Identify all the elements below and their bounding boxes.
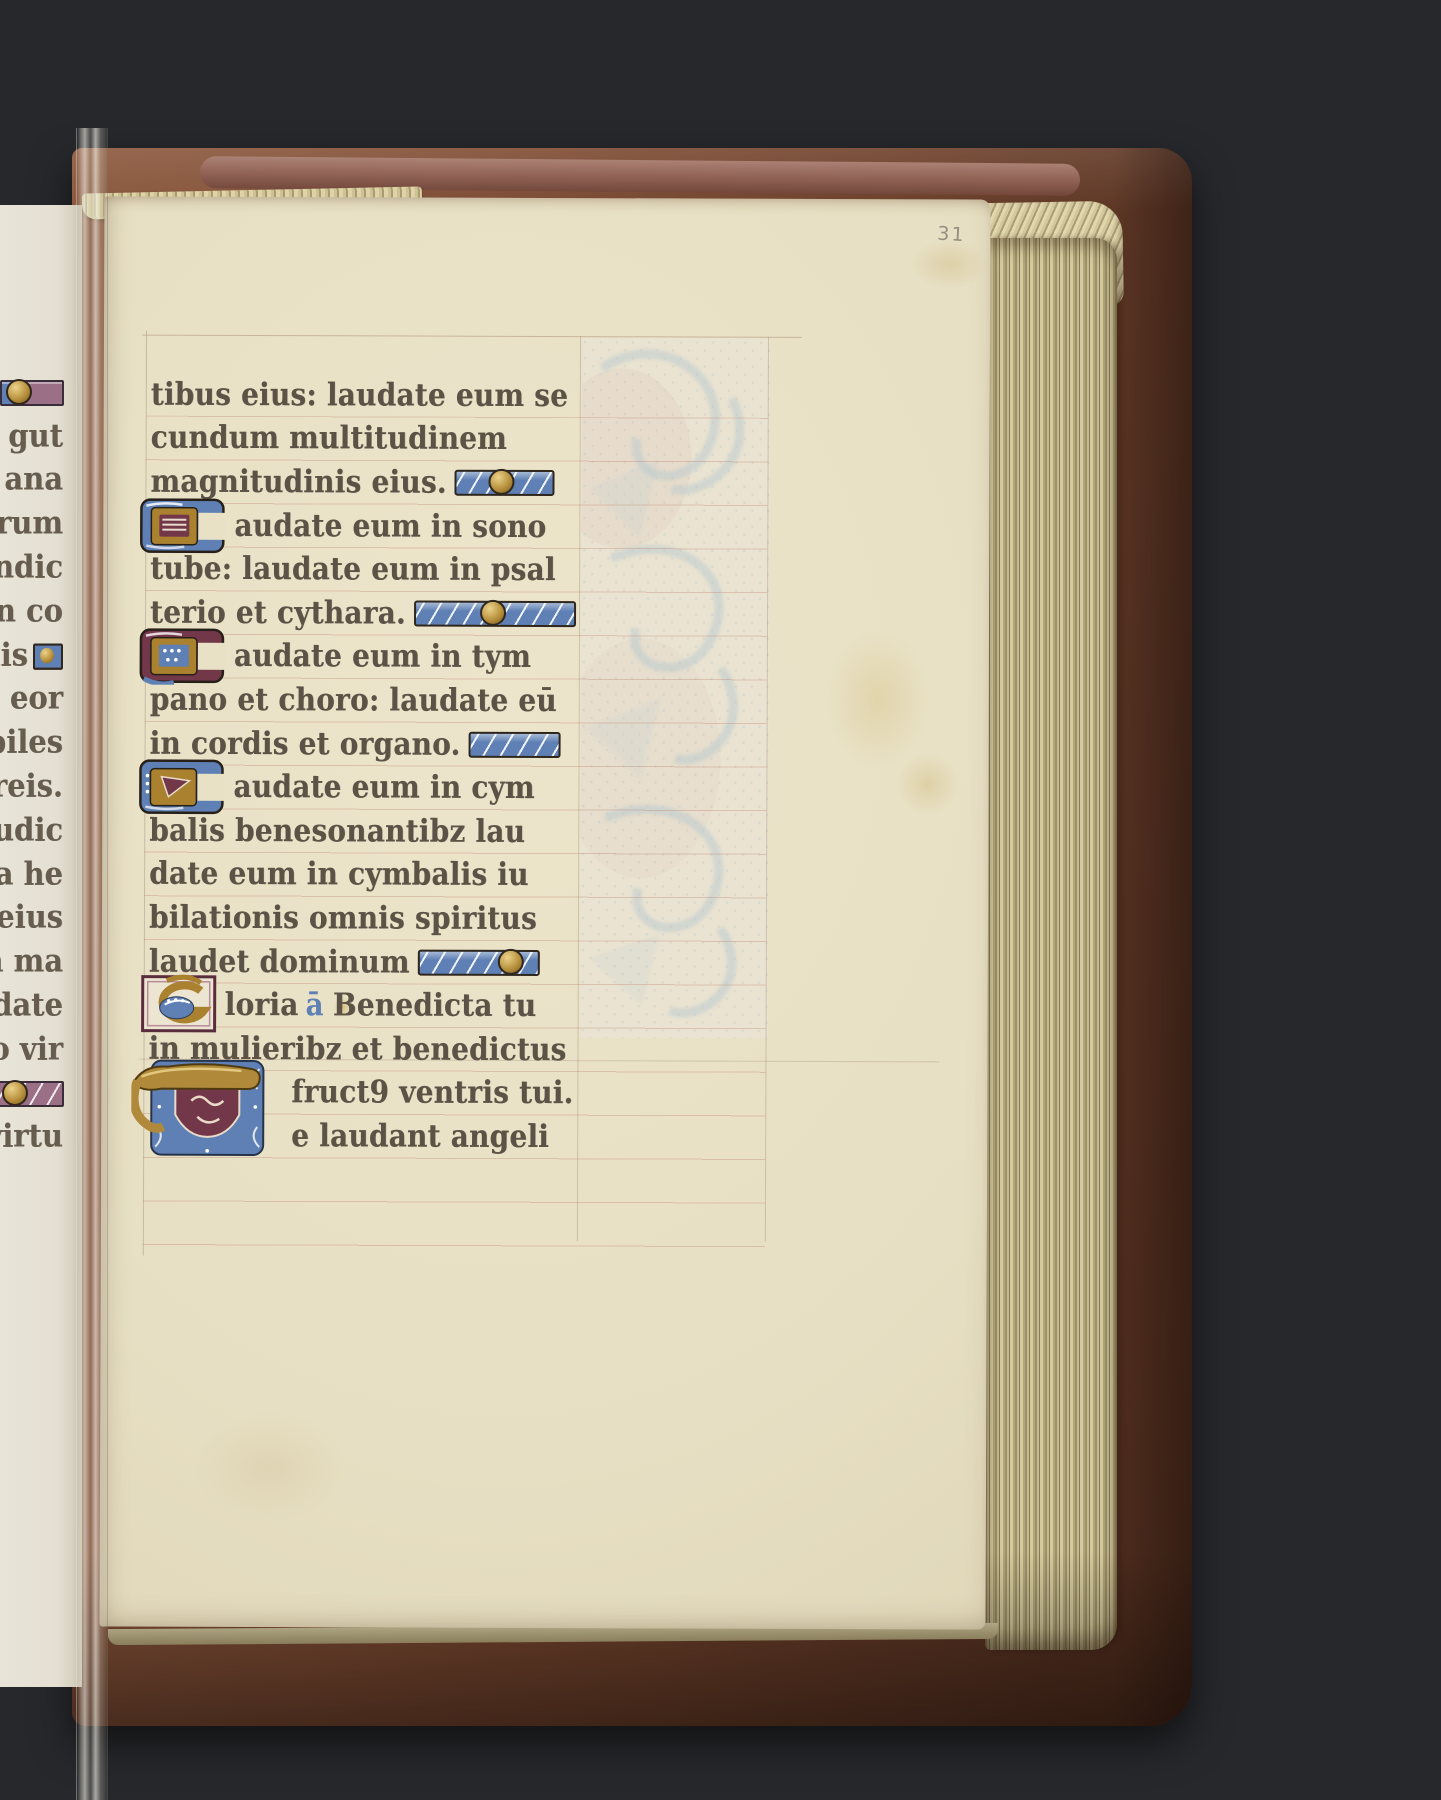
- text-line: tibus eius: laudate eum se: [148, 373, 584, 418]
- illuminated-initial: [139, 971, 219, 1035]
- folio-number: 31: [937, 223, 966, 247]
- gold-dot: [40, 648, 54, 663]
- parchment-stain: [160, 1387, 381, 1548]
- text-line: cundum multitudinem: [148, 416, 584, 461]
- ruling-line: [142, 335, 802, 338]
- left-page-text-fragments: dei in gut dij ana s eorum n vndic us in…: [0, 370, 64, 1158]
- offset-decoration-panel: [580, 338, 770, 1039]
- gold-dot: [498, 948, 524, 974]
- verso-row: [0, 1071, 64, 1115]
- parchment-stain: [882, 739, 972, 829]
- fore-edge-page-stack: [985, 238, 1117, 1650]
- gold-dot: [480, 600, 506, 626]
- verso-row: eis iudic: [0, 808, 64, 852]
- verso-row: s eorum: [0, 501, 64, 545]
- line-filler-ornament: [455, 470, 555, 496]
- text-line: bilationis omnis spiritus: [146, 896, 582, 941]
- text-line: loriaāBenedicta tu: [146, 983, 582, 1028]
- line-filler-ornament: [0, 380, 64, 406]
- illuminated-initial: [138, 627, 226, 685]
- verso-row: dei in gut: [0, 414, 64, 458]
- gold-dot: [6, 379, 32, 405]
- verso-row: nto vir: [0, 1027, 64, 1071]
- verso-row: reges eor: [0, 677, 64, 721]
- illuminated-initial: [138, 496, 226, 554]
- glass-rod: [76, 128, 108, 1800]
- verso-row: [0, 370, 64, 414]
- line-filler-ornament: [414, 600, 576, 627]
- verso-row: nim ma: [0, 939, 64, 983]
- antiphon-mark: ā: [305, 990, 323, 1021]
- verso-row: gloria he: [0, 852, 64, 896]
- verso-row: nobiles: [0, 720, 64, 764]
- verso-row: alis: [0, 633, 64, 677]
- left-page-sliver: dei in gut dij ana s eorum n vndic us in…: [0, 205, 82, 1687]
- verso-row: us in co: [0, 589, 64, 633]
- illuminated-initial: [131, 1053, 271, 1163]
- gold-dot: [489, 469, 515, 495]
- line-filler-ornament: [0, 1081, 64, 1107]
- text-block: tibus eius: laudate eum se cundum multit…: [145, 373, 584, 1159]
- manuscript-page: 31: [100, 196, 991, 1629]
- illuminated-initial: [137, 758, 225, 816]
- verso-row: ferreis.: [0, 764, 64, 808]
- foliate-offset-pattern: [580, 338, 770, 1039]
- text-line: date eum in cymbalis iu: [146, 852, 582, 897]
- gold-dot: [2, 1080, 28, 1106]
- verso-row: n vndic: [0, 545, 64, 589]
- photo-of-manuscript: dei in gut dij ana s eorum n vndic us in…: [0, 0, 1441, 1800]
- line-filler-ornament: [418, 949, 540, 975]
- text-line: audate eum in tym: [147, 634, 583, 679]
- line-filler-ornament: [468, 731, 560, 757]
- verso-row: ctis eius: [0, 896, 64, 940]
- text-line: audate eum in cym: [146, 765, 582, 810]
- text-line: audate eum in sono: [147, 503, 583, 548]
- line-filler-ornament: [33, 643, 63, 669]
- verso-row: audate: [0, 983, 64, 1027]
- verso-row: dij ana: [0, 458, 64, 502]
- parchment-stain: [802, 599, 953, 800]
- verso-row: in virtu: [0, 1115, 64, 1159]
